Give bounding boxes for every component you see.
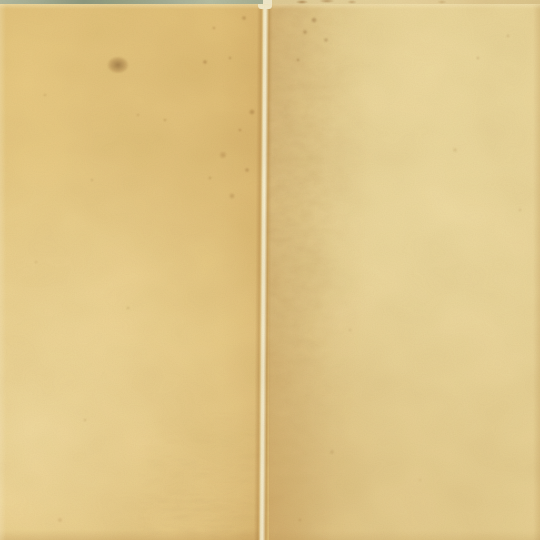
fine-grain-texture xyxy=(0,0,540,540)
left-tile-surface xyxy=(0,0,263,540)
glaze-mottle-band-texture xyxy=(266,0,378,540)
tile-joint-top-highlight xyxy=(258,0,272,9)
glaze-scratches-texture xyxy=(138,412,270,540)
glaze-freckles-left xyxy=(0,0,263,540)
glaze-freckles-right xyxy=(269,0,540,540)
tile-texture-photo xyxy=(0,0,540,540)
glaze-cloud-texture xyxy=(0,0,540,540)
grout-line-left xyxy=(0,0,263,4)
grout-line-right xyxy=(272,0,540,4)
right-tile-surface xyxy=(269,0,540,540)
glaze-smudge-spot xyxy=(104,54,132,76)
tile-top-edge-highlight xyxy=(0,4,540,9)
tile-joint-line xyxy=(254,0,273,540)
light-speckle-texture xyxy=(0,0,540,540)
